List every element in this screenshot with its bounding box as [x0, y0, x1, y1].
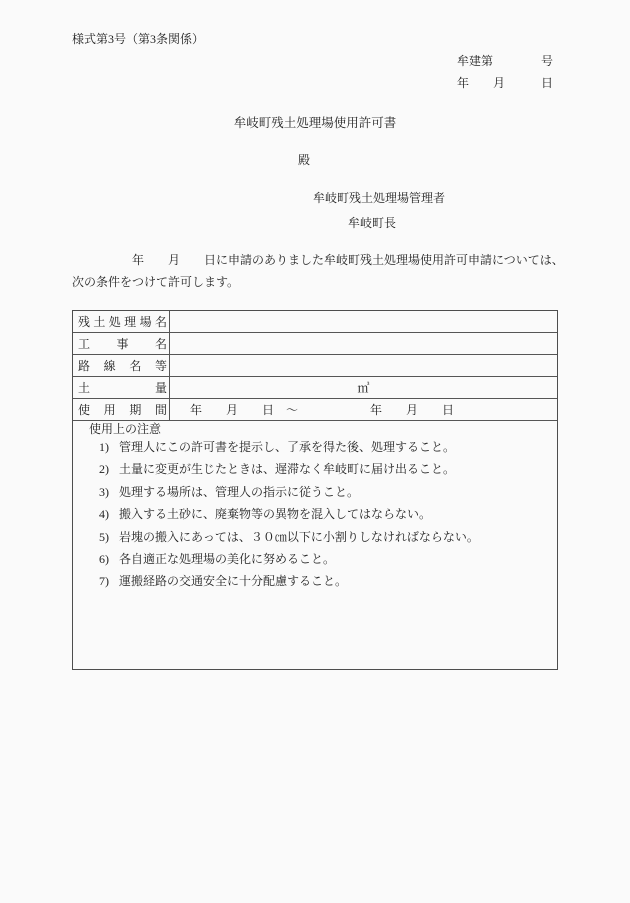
table-row-site-name: 残土処理場名 — [73, 311, 557, 333]
note-number: 5) — [99, 526, 119, 548]
issuer-name: 牟岐町長 — [72, 212, 558, 234]
note-number: 4) — [99, 503, 119, 525]
addressee-suffix: 殿 — [72, 149, 558, 171]
body-line-1: 年 月 日に申請のありました牟岐町残土処理場使用許可申請については、 — [72, 249, 558, 271]
note-number: 7) — [99, 570, 119, 592]
note-text: 各自適正な処理場の美化に努めること。 — [119, 548, 549, 570]
note-item-6: 6) 各自適正な処理場の美化に努めること。 — [89, 548, 549, 570]
table-row-project-name: 工事名 — [73, 333, 557, 355]
field-label-use-period: 使用期間 — [73, 399, 170, 420]
document-page: 様式第3号（第3条関係） 牟建第 号 年 月 日 牟岐町残土処理場使用許可書 殿… — [0, 0, 630, 903]
body-line-2: 次の条件をつけて許可します。 — [72, 271, 558, 293]
note-text: 搬入する土砂に、廃棄物等の異物を混入してはならない。 — [119, 503, 549, 525]
note-item-4: 4) 搬入する土砂に、廃棄物等の異物を混入してはならない。 — [89, 503, 549, 525]
field-value-site-name — [170, 311, 557, 332]
note-item-7: 7) 運搬経路の交通安全に十分配慮すること。 — [89, 570, 549, 592]
field-value-route-name — [170, 355, 557, 376]
note-number: 6) — [99, 548, 119, 570]
table-row-soil-volume: 土量 ㎥ — [73, 377, 557, 399]
field-label-site-name: 残土処理場名 — [73, 311, 170, 332]
page-title: 牟岐町残土処理場使用許可書 — [72, 112, 558, 134]
note-item-1: 1) 管理人にこの許可書を提示し、了承を得た後、処理すること。 — [89, 436, 549, 458]
note-number: 1) — [99, 436, 119, 458]
ref-number-line: 牟建第 号 — [72, 50, 558, 72]
note-item-5: 5) 岩塊の搬入にあっては、３０㎝以下に小割りしなければならない。 — [89, 526, 549, 548]
field-label-soil-volume: 土量 — [73, 377, 170, 398]
note-text: 岩塊の搬入にあっては、３０㎝以下に小割りしなければならない。 — [119, 526, 549, 548]
field-label-route-name: 路線名等 — [73, 355, 170, 376]
note-number: 3) — [99, 481, 119, 503]
usage-notes-section: 使用上の注意 1) 管理人にこの許可書を提示し、了承を得た後、処理すること。 2… — [73, 421, 557, 669]
notes-heading: 使用上の注意 — [89, 421, 549, 436]
note-text: 土量に変更が生じたときは、遅滞なく牟岐町に届け出ること。 — [119, 458, 549, 480]
note-item-3: 3) 処理する場所は、管理人の指示に従うこと。 — [89, 481, 549, 503]
permit-form-table: 残土処理場名 工事名 路線名等 土量 ㎥ 使用期間 年 — [72, 310, 558, 670]
note-text: 運搬経路の交通安全に十分配慮すること。 — [119, 570, 549, 592]
form-number: 様式第3号（第3条関係） — [72, 28, 558, 50]
field-value-use-period: 年 月 日 ～ 年 月 日 — [170, 399, 557, 420]
note-text: 管理人にこの許可書を提示し、了承を得た後、処理すること。 — [119, 436, 549, 458]
issuer-role: 牟岐町残土処理場管理者 — [72, 187, 558, 209]
note-item-2: 2) 土量に変更が生じたときは、遅滞なく牟岐町に届け出ること。 — [89, 458, 549, 480]
field-value-soil-volume: ㎥ — [170, 377, 557, 398]
note-text: 処理する場所は、管理人の指示に従うこと。 — [119, 481, 549, 503]
field-value-project-name — [170, 333, 557, 354]
date-line: 年 月 日 — [72, 72, 558, 94]
table-row-route-name: 路線名等 — [73, 355, 557, 377]
table-row-use-period: 使用期間 年 月 日 ～ 年 月 日 — [73, 399, 557, 421]
note-number: 2) — [99, 458, 119, 480]
field-label-project-name: 工事名 — [73, 333, 170, 354]
